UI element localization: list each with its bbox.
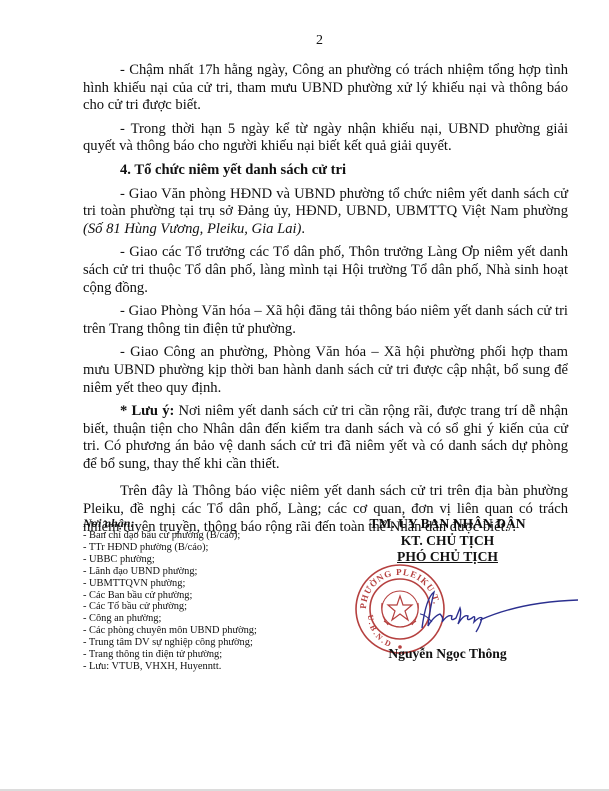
signature-block: TM. ỦY BAN NHÂN DÂN KT. CHỦ TỊCH PHÓ CHỦ… [345, 516, 550, 566]
recipient-item: - Công an phường; [83, 613, 323, 625]
address-note: (Số 81 Hùng Vương, Pleiku, Gia Lai) [83, 221, 301, 237]
recipient-item: - Lưu: VTUB, VHXH, Huyenntt. [83, 661, 323, 673]
recipients-title: Nơi nhận: [83, 516, 323, 530]
recipient-item: - Lãnh đạo UBND phường; [83, 566, 323, 578]
handwritten-signature-icon [420, 588, 580, 638]
recipient-item: - Trung tâm DV sự nghiệp công phường; [83, 637, 323, 649]
recipient-item: - Các Tổ bầu cử phường; [83, 601, 323, 613]
paragraph-office-posting: - Giao Văn phòng HĐND và UBND phường tổ … [83, 186, 568, 239]
recipient-item: - Các Ban bầu cử phường; [83, 590, 323, 602]
recipient-item: - UBBC phường; [83, 554, 323, 566]
signature-org: TM. ỦY BAN NHÂN DÂN [345, 516, 550, 533]
paragraph-residential-groups: - Giao các Tổ trưởng các Tổ dân phố, Thô… [83, 244, 568, 297]
note-label: * Lưu ý: [120, 403, 174, 419]
recipient-item: - Các phòng chuyên môn UBND phường; [83, 625, 323, 637]
document-body: - Chậm nhất 17h hằng ngày, Công an phườn… [83, 62, 568, 542]
paragraph-complaint-deadline: - Chậm nhất 17h hằng ngày, Công an phườn… [83, 62, 568, 115]
recipients-list: Nơi nhận: - Ban chỉ đạo bầu cử phường (B… [83, 516, 323, 673]
signer-name: Nguyễn Ngọc Thông [345, 646, 550, 662]
paragraph-note: * Lưu ý: Nơi niêm yết danh sách cử tri c… [83, 403, 568, 473]
recipient-item: - TTr HĐND phường (B/cáo); [83, 542, 323, 554]
paragraph-culture-dept: - Giao Phòng Văn hóa – Xã hội đăng tải t… [83, 303, 568, 338]
page-number: 2 [0, 33, 609, 49]
recipient-item: - Trang thông tin điện tử phường; [83, 649, 323, 661]
signature-on-behalf: KT. CHỦ TỊCH [345, 533, 550, 550]
recipient-item: - UBMTTQVN phường; [83, 578, 323, 590]
svg-text:U.B.N.D: U.B.N.D [366, 614, 394, 649]
recipient-item: - Ban chỉ đạo bầu cử phường (B/cáo); [83, 530, 323, 542]
paragraph-police-coordination: - Giao Công an phường, Phòng Văn hóa – X… [83, 344, 568, 397]
paragraph-resolution-period: - Trong thời hạn 5 ngày kể từ ngày nhận … [83, 121, 568, 156]
section-heading: 4. Tổ chức niêm yết danh sách cử tri [83, 162, 568, 180]
